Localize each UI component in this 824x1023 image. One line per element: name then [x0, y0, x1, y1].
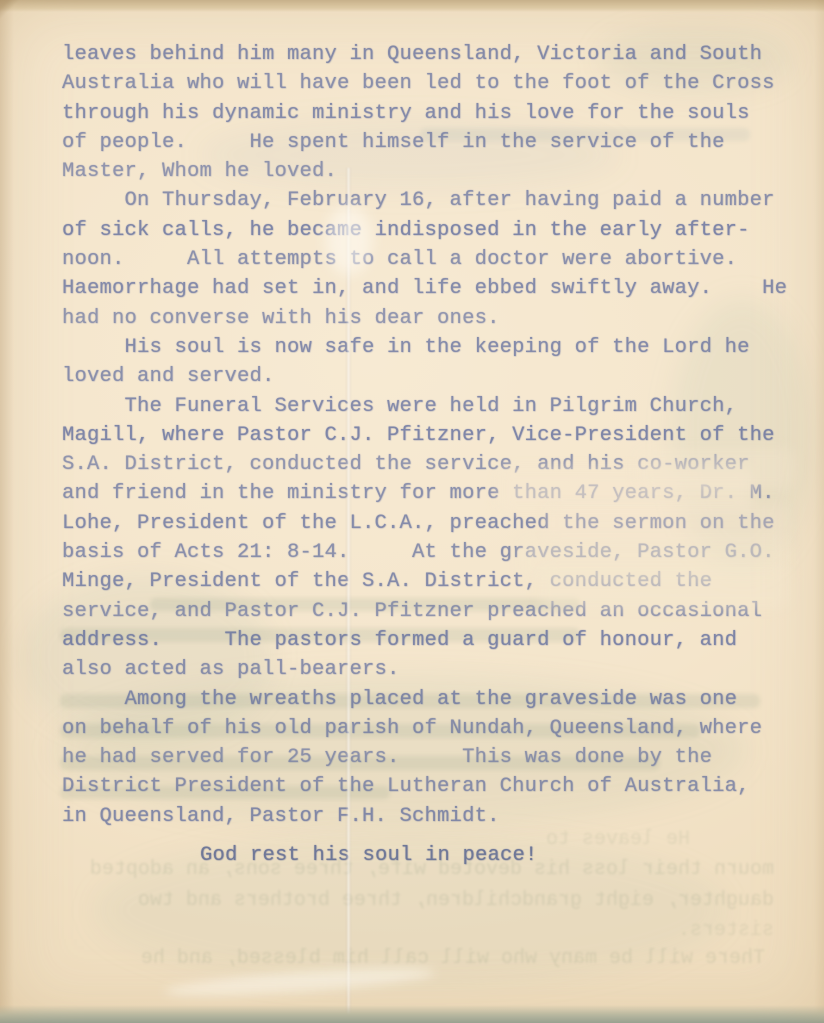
- page-left-edge: [0, 0, 14, 1023]
- faded-ink-patch: [636, 448, 796, 488]
- typed-line: Magill, where Pastor C.J. Pfitzner, Vice…: [62, 421, 786, 450]
- typed-line: District President of the Lutheran Churc…: [62, 772, 786, 801]
- page-bottom-edge: [0, 1005, 824, 1023]
- scanned-page: He leaves tomourn their loss his devoted…: [0, 0, 824, 1023]
- typed-line: loved and served.: [62, 362, 786, 391]
- typed-text-block: leaves behind him many in Queensland, Vi…: [62, 40, 786, 831]
- typed-line: Among the wreaths placed at the gravesid…: [62, 685, 786, 714]
- typed-line: Master, Whom he loved.: [62, 157, 786, 186]
- typed-line: noon. All attempts to call a doctor were…: [62, 245, 786, 274]
- typed-line: in Queensland, Pastor F.H. Schmidt.: [62, 802, 786, 831]
- typed-line: The Funeral Services were held in Pilgri…: [62, 392, 786, 421]
- typed-line: on behalf of his old parish of Nundah, Q…: [62, 714, 786, 743]
- typed-line: His soul is now safe in the keeping of t…: [62, 333, 786, 362]
- typed-line: of people. He spent himself in the servi…: [62, 128, 786, 157]
- paper-wrinkle: [326, 205, 372, 275]
- faded-ink-patch: [545, 505, 790, 543]
- page-right-edge: [814, 0, 824, 1023]
- typed-line: had no converse with his dear ones.: [62, 304, 786, 333]
- page-top-edge: [0, 0, 824, 12]
- page-corner: [0, 0, 46, 46]
- typed-line: through his dynamic ministry and his lov…: [62, 99, 786, 128]
- faded-ink-patch: [540, 568, 790, 608]
- typed-line: Australia who will have been led to the …: [62, 69, 786, 98]
- typed-line: leaves behind him many in Queensland, Vi…: [62, 40, 786, 69]
- typed-line: Haemorrhage had set in, and life ebbed s…: [62, 274, 786, 303]
- typed-line: of sick calls, he became indisposed in t…: [62, 216, 786, 245]
- closing-line: God rest his soul in peace!: [200, 841, 538, 870]
- typed-line: also acted as pall-bearers.: [62, 655, 786, 684]
- typed-line: On Thursday, February 16, after having p…: [62, 186, 786, 215]
- typed-line: he had served for 25 years. This was don…: [62, 743, 786, 772]
- typed-line: address. The pastors formed a guard of h…: [62, 626, 786, 655]
- fold-crease: [346, 168, 351, 1020]
